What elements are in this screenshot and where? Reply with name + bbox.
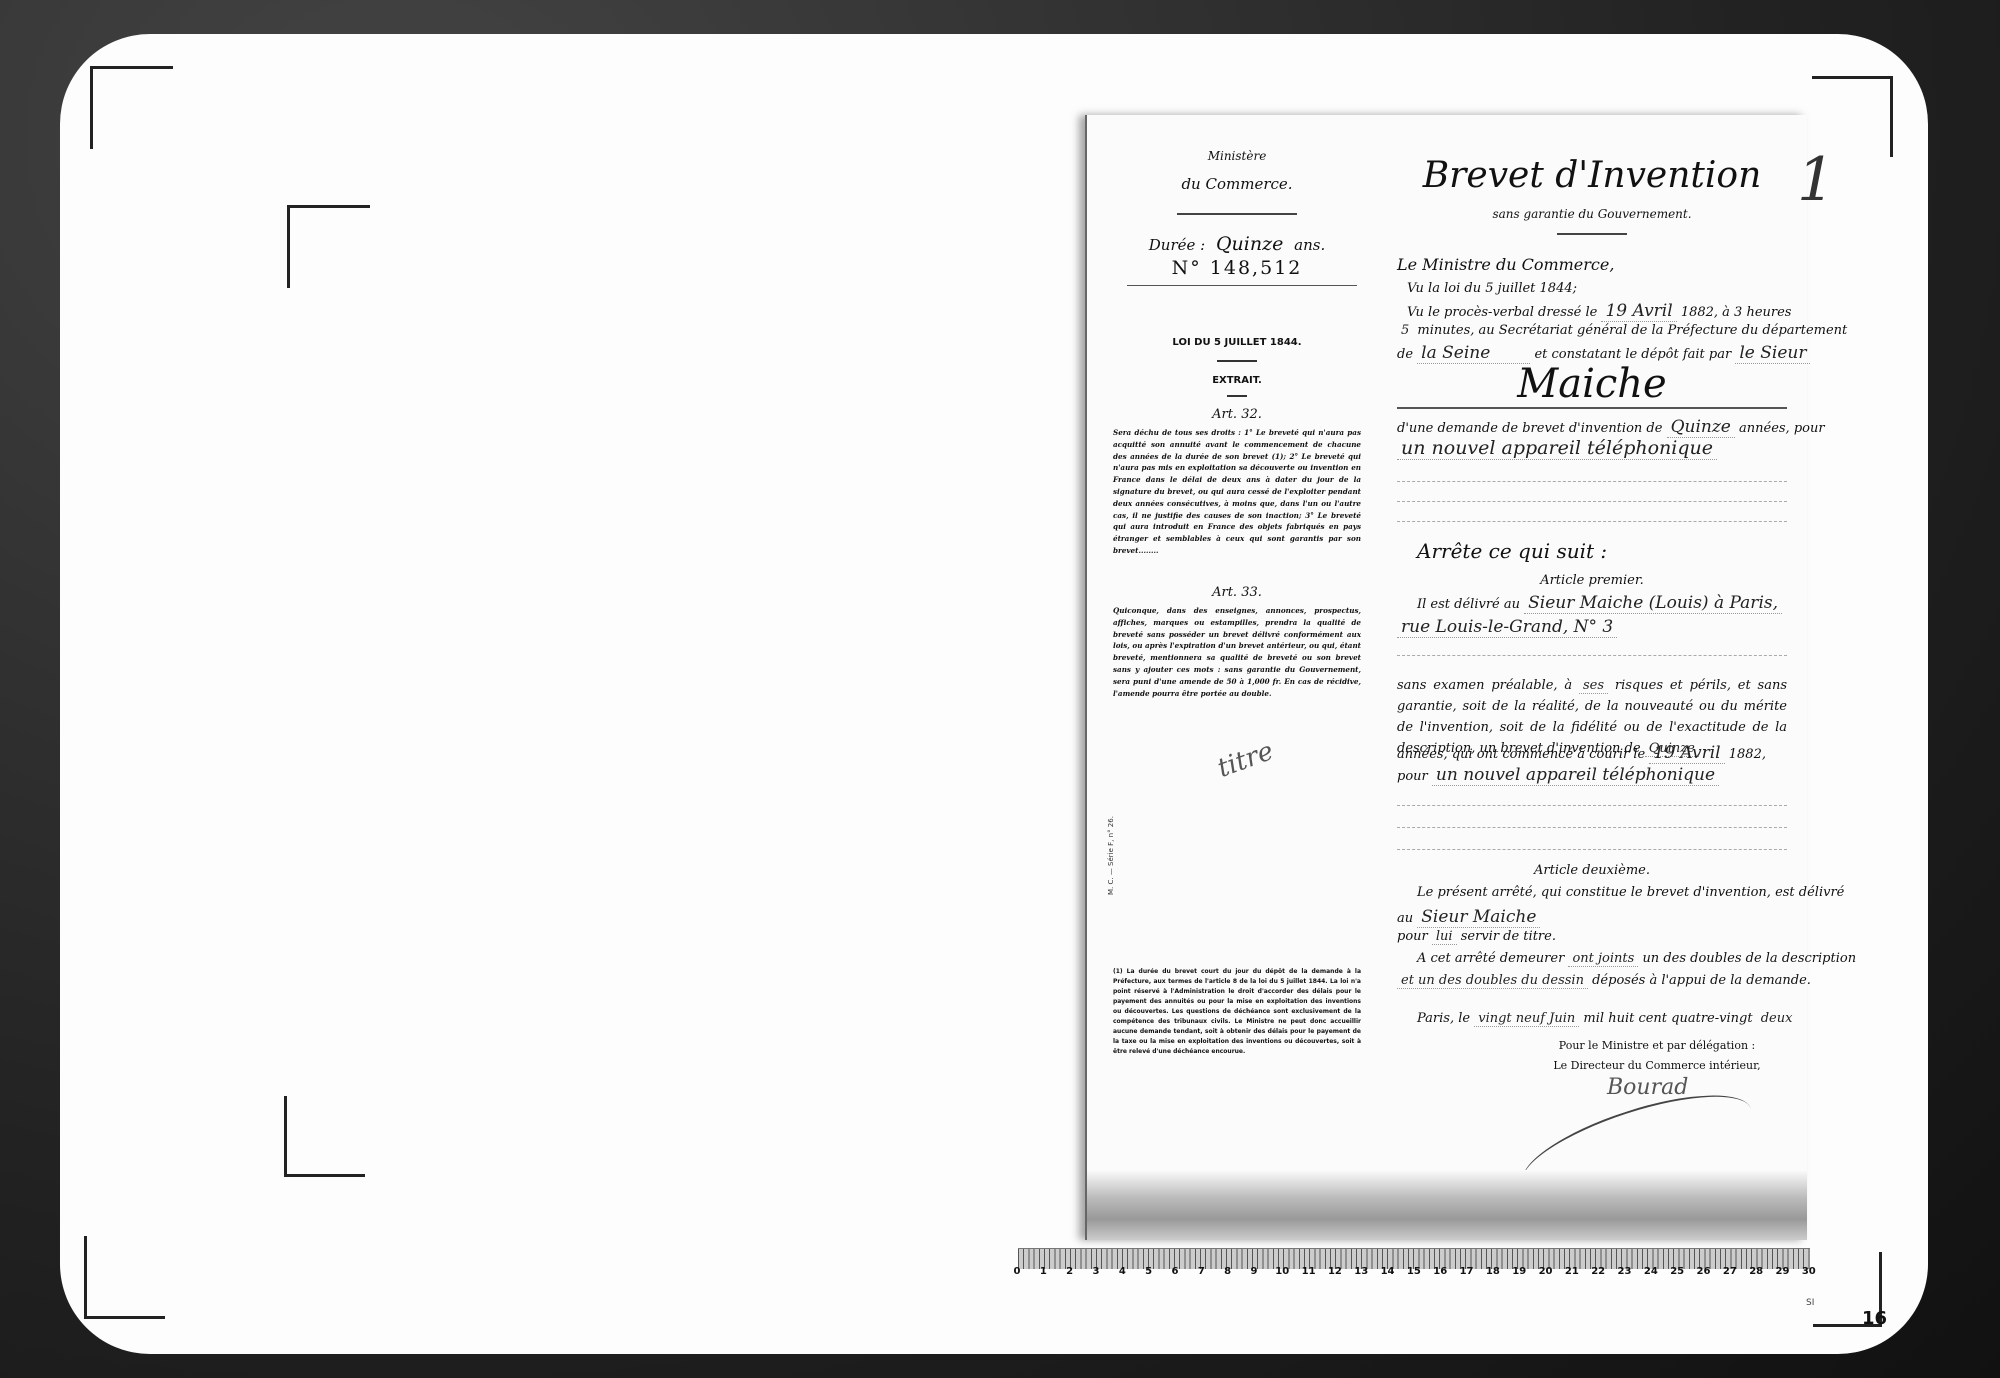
ruler-label: 29	[1776, 1266, 1786, 1282]
applicant-name: Maiche	[1397, 361, 1787, 409]
article1-title: Article premier.	[1397, 573, 1787, 588]
arrete-heading: Arrête ce qui suit :	[1417, 539, 1607, 563]
document-subtitle: sans garantie du Gouvernement.	[1397, 207, 1787, 221]
art1-recipient: Sieur Maiche (Louis) à Paris,	[1524, 593, 1782, 614]
divider	[1127, 285, 1357, 286]
art33-text: Quiconque, dans des enseignes, annonces,…	[1113, 605, 1361, 699]
vu-pv-line: Vu le procès-verbal dressé le 19 Avril 1…	[1407, 301, 1797, 321]
patent-document: Ministère du Commerce. Durée : Quinze an…	[1085, 115, 1807, 1240]
ruler-label: 15	[1407, 1266, 1417, 1282]
ruler-label: 13	[1354, 1266, 1364, 1282]
blank-line	[1397, 849, 1787, 850]
ruler-label: 1	[1038, 1266, 1048, 1282]
ruler-label: 6	[1170, 1266, 1180, 1282]
frame-small-mark: SI	[1806, 1298, 1814, 1308]
blank-line	[1397, 501, 1787, 502]
ornament-rule	[1557, 233, 1627, 235]
ruler-label: 8	[1223, 1266, 1233, 1282]
ruler-label: 7	[1196, 1266, 1206, 1282]
ruler-label: 26	[1697, 1266, 1707, 1282]
pv-date: 19 Avril	[1601, 301, 1676, 322]
divider	[1217, 360, 1257, 362]
art32-text: Sera déchu de tous ses droits : 1° Le br…	[1113, 427, 1361, 557]
blank-line	[1397, 481, 1787, 482]
ruler-label: 14	[1381, 1266, 1391, 1282]
ruler-label: 25	[1670, 1266, 1680, 1282]
ruler-label: 10	[1275, 1266, 1285, 1282]
series-mark: M. C. — Série F, n° 26.	[1107, 816, 1115, 895]
document-title: Brevet d'Invention	[1397, 155, 1787, 196]
duration-value: Quinze	[1216, 233, 1283, 255]
patent-number: N° 148,512	[1107, 257, 1367, 279]
art1-address-line: rue Louis-le-Grand, N° 3	[1397, 617, 1787, 637]
ruler-labels: 0123456789101112131415161718192021222324…	[1012, 1266, 1812, 1282]
handwritten-page-number: 1	[1797, 145, 1835, 215]
ruler-label: 16	[1433, 1266, 1443, 1282]
ruler-label: 0	[1012, 1266, 1022, 1282]
art1-recipient-line: Il est délivré au Sieur Maiche (Louis) à…	[1417, 593, 1807, 613]
ruler-label: 22	[1591, 1266, 1601, 1282]
divider	[1227, 395, 1247, 397]
crop-mark-bottom-left	[84, 1236, 165, 1319]
ruler-label: 20	[1539, 1266, 1549, 1282]
ruler-label: 27	[1723, 1266, 1733, 1282]
ruler-label: 12	[1328, 1266, 1338, 1282]
ruler-label: 21	[1565, 1266, 1575, 1282]
blank-line	[1397, 827, 1787, 828]
ruler-label: 28	[1749, 1266, 1759, 1282]
ornament-rule	[1177, 213, 1297, 215]
blank-line	[1397, 655, 1787, 656]
art2-servir-line: pour lui servir de titre.	[1397, 929, 1787, 944]
sign-line2: Le Directeur du Commerce intérieur,	[1517, 1059, 1797, 1072]
ruler-label: 30	[1802, 1266, 1812, 1282]
blank-line	[1397, 521, 1787, 522]
crop-mark-inner-bottom-left	[284, 1096, 365, 1177]
ruler-label: 11	[1302, 1266, 1312, 1282]
frame-number: 16	[1862, 1308, 1887, 1329]
sign-line1: Pour le Ministre et par délégation :	[1517, 1039, 1797, 1052]
ruler-label: 2	[1065, 1266, 1075, 1282]
art2-line1: Le présent arrêté, qui constitue le brev…	[1417, 885, 1807, 900]
blank-line	[1397, 805, 1787, 806]
ruler-label: 24	[1644, 1266, 1654, 1282]
pv-line2: 5 minutes, au Secrétariat général de la …	[1397, 323, 1787, 338]
footnote: (1) La durée du brevet court du jour du …	[1113, 967, 1361, 1057]
margin-note-titre: titre	[1214, 736, 1278, 784]
invention-title: un nouvel appareil téléphonique	[1397, 437, 1717, 460]
law-title: LOI DU 5 JUILLET 1844.	[1107, 337, 1367, 348]
ruler-label: 5	[1144, 1266, 1154, 1282]
signature: Bourad	[1607, 1075, 1688, 1100]
extract-label: EXTRAIT.	[1107, 375, 1367, 386]
article2-title: Article deuxième.	[1397, 863, 1787, 878]
art33-title: Art. 33.	[1107, 585, 1367, 600]
date-line: Paris, le vingt neuf Juin mil huit cent …	[1417, 1011, 1807, 1026]
ruler-label: 4	[1117, 1266, 1127, 1282]
crop-mark-inner-top-left	[287, 205, 370, 288]
art1-start-line: années, qui ont commencé à courir le 19 …	[1397, 743, 1787, 763]
ruler-label: 17	[1460, 1266, 1470, 1282]
invention-line: un nouvel appareil téléphonique	[1397, 437, 1787, 459]
ruler-label: 23	[1618, 1266, 1628, 1282]
art1-invention-line: pour un nouvel appareil téléphonique	[1397, 765, 1787, 785]
vu-loi-line: Vu la loi du 5 juillet 1844;	[1407, 281, 1797, 296]
ruler-label: 3	[1091, 1266, 1101, 1282]
demande-line: d'une demande de brevet d'invention de Q…	[1397, 417, 1787, 437]
ruler-label: 9	[1249, 1266, 1259, 1282]
department-line: de la Seine et constatant le dépôt fait …	[1397, 343, 1787, 363]
ruler-label: 19	[1512, 1266, 1522, 1282]
art32-title: Art. 32.	[1107, 407, 1367, 422]
page-bottom-stain	[1087, 1170, 1807, 1240]
art2-dessin-line: et un des doubles du dessin déposés à l'…	[1397, 973, 1787, 988]
duration-line: Durée : Quinze ans.	[1107, 233, 1367, 255]
ruler-label: 18	[1486, 1266, 1496, 1282]
demande-years: Quinze	[1667, 417, 1735, 438]
minister-line: Le Ministre du Commerce,	[1397, 255, 1787, 274]
art1-address: rue Louis-le-Grand, N° 3	[1397, 617, 1617, 638]
art2-joint-line: A cet arrêté demeurer ont joints un des …	[1417, 951, 1807, 966]
art2-recipient-line: au Sieur Maiche	[1397, 907, 1787, 927]
ministry-line2: du Commerce.	[1107, 175, 1367, 193]
crop-mark-top-left	[90, 66, 173, 149]
ministry-line1: Ministère	[1107, 149, 1367, 163]
